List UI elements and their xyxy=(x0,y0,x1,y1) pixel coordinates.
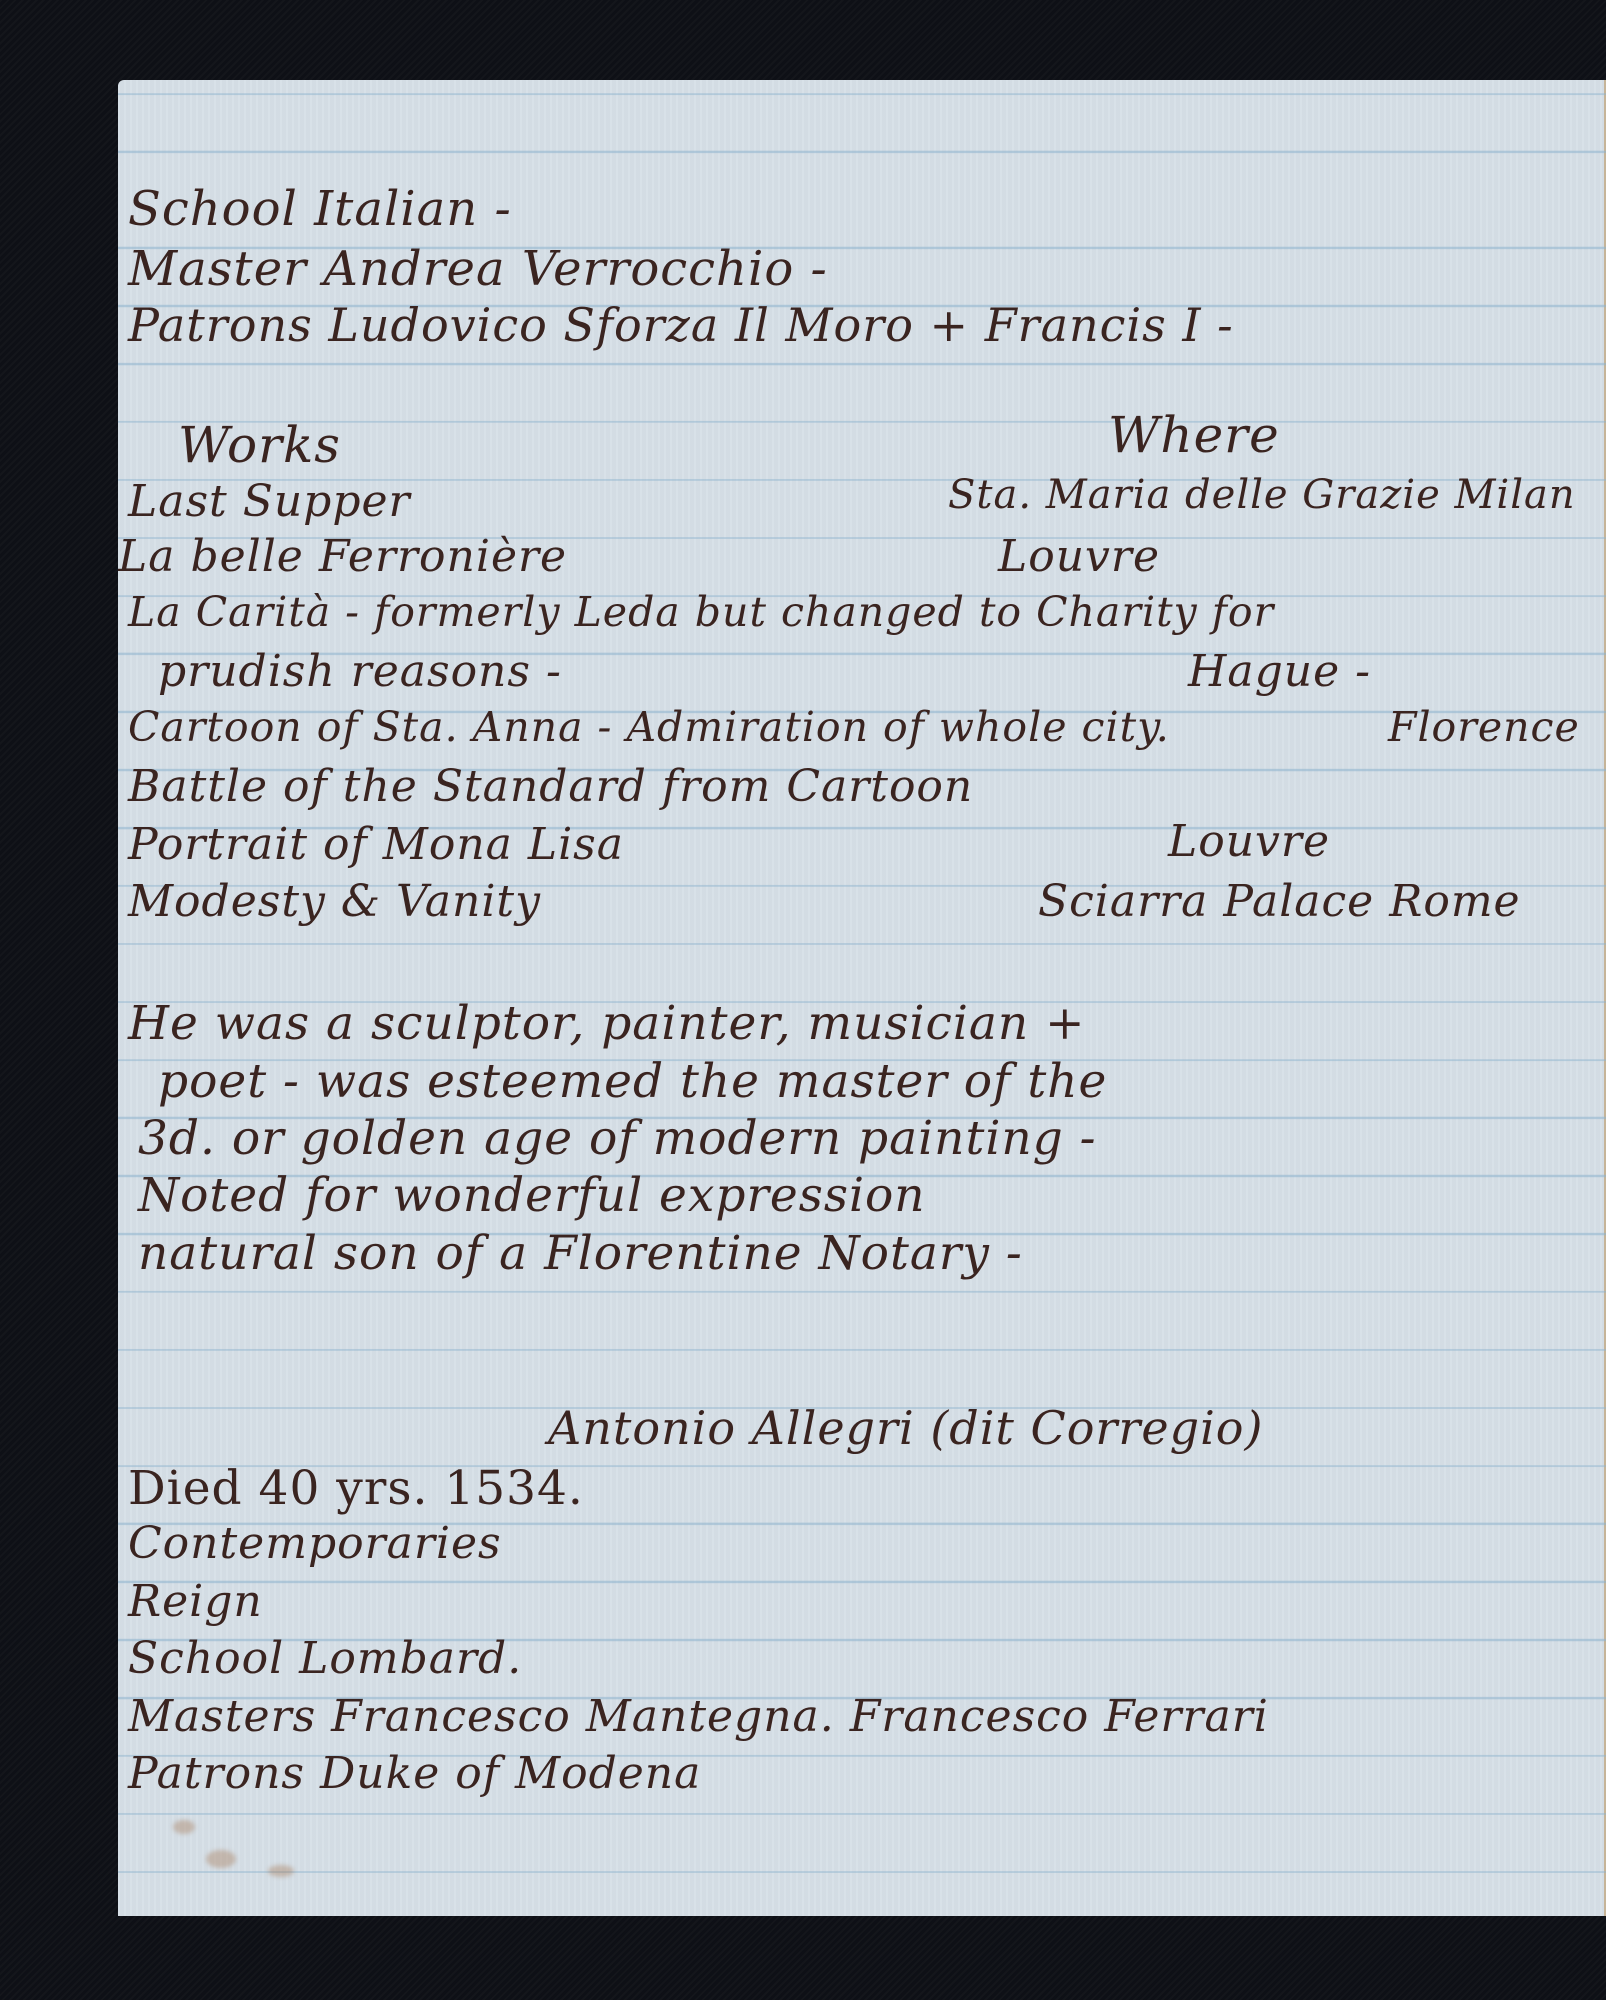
work-where-1: Sta. Maria delle Grazie Milan xyxy=(948,475,1576,515)
artist-title: Antonio Allegri (dit Corregio) xyxy=(548,1405,1263,1451)
note-line-2: poet - was esteemed the master of the xyxy=(158,1058,1107,1105)
ink-stain xyxy=(268,1865,294,1877)
patrons-line: Patrons Ludovico Sforza Il Moro + Franci… xyxy=(128,302,1234,348)
where-heading: Where xyxy=(1108,410,1280,460)
work-where-2: Louvre xyxy=(998,535,1160,579)
masters-line: Master Andrea Verrocchio - xyxy=(128,245,828,293)
work-where-4: Hague - xyxy=(1188,650,1371,694)
masters-correggio-line: Masters Francesco Mantegna. Francesco Fe… xyxy=(128,1695,1269,1739)
died-line: Died 40 yrs. 1534. xyxy=(128,1465,584,1512)
work-where-7: Louvre xyxy=(1168,820,1330,864)
school-lombard-line: School Lombard. xyxy=(128,1637,522,1681)
work-title-7: Portrait of Mona Lisa xyxy=(128,823,624,867)
note-line-3: 3d. or golden age of modern painting - xyxy=(138,1115,1097,1162)
school-line: School Italian - xyxy=(128,185,512,233)
works-heading: Works xyxy=(178,420,341,470)
ink-stain xyxy=(173,1820,195,1834)
work-title-2: La belle Ferronière xyxy=(118,535,567,579)
note-line-1: He was a sculptor, painter, musician + xyxy=(128,1000,1085,1047)
patrons-correggio-line: Patrons Duke of Modena xyxy=(128,1752,701,1796)
work-title-3: La Carità - formerly Leda but changed to… xyxy=(128,592,1274,633)
work-where-8: Sciarra Palace Rome xyxy=(1038,880,1521,924)
work-title-4: prudish reasons - xyxy=(158,650,562,694)
ink-stain xyxy=(206,1850,236,1868)
work-title-1: Last Supper xyxy=(128,480,411,524)
work-title-5: Cartoon of Sta. Anna - Admiration of who… xyxy=(128,707,1170,748)
work-title-6: Battle of the Standard from Cartoon xyxy=(128,765,973,809)
work-title-8: Modesty & Vanity xyxy=(128,880,541,924)
work-where-5: Florence xyxy=(1388,707,1580,748)
contemporaries-line: Contemporaries xyxy=(128,1522,502,1566)
notebook-page: School Italian - Master Andrea Verrocchi… xyxy=(118,80,1606,1916)
reign-line: Reign xyxy=(128,1580,263,1624)
note-line-4: Noted for wonderful expression xyxy=(138,1172,926,1219)
note-line-5: natural son of a Florentine Notary - xyxy=(138,1230,1023,1277)
